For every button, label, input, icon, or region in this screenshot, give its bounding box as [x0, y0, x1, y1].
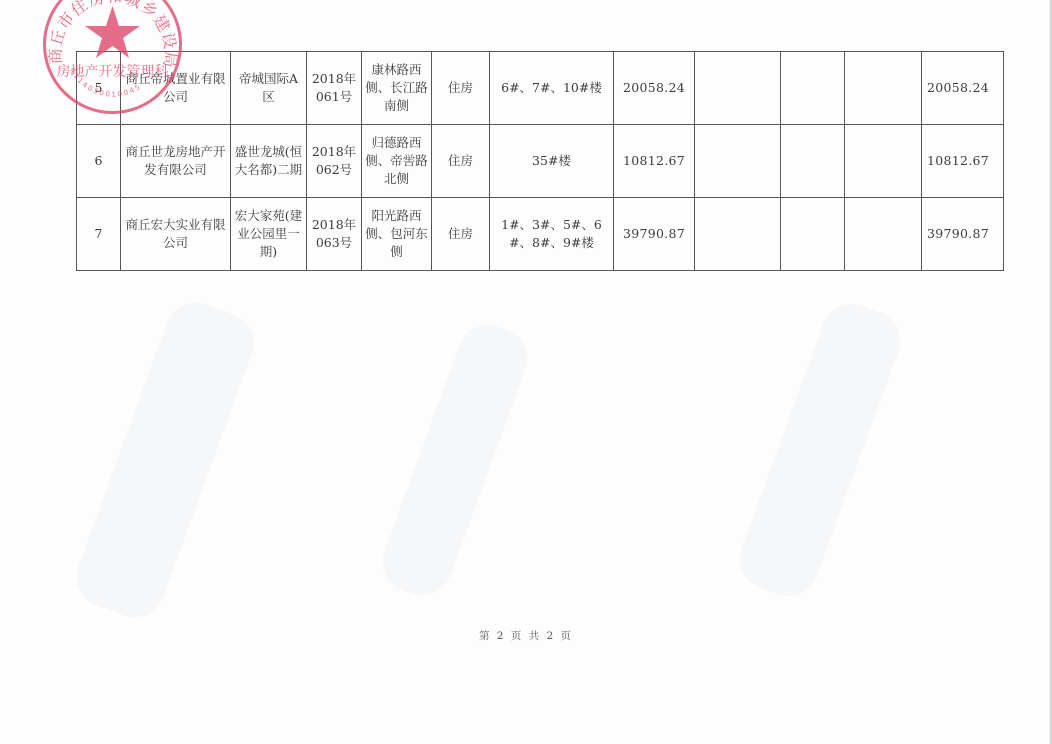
permit-number: 2018年063号	[307, 198, 362, 271]
empty-cell	[695, 198, 781, 271]
project-location: 阳光路西侧、包河东侧	[362, 198, 432, 271]
project-name: 宏大家苑(建业公园里一期)	[231, 198, 307, 271]
empty-cell	[781, 125, 845, 198]
approval-table: 5商丘帝城置业有限公司帝城国际A区2018年061号康林路西侧、长江路南侧住房6…	[76, 51, 1004, 271]
area-value: 39790.87	[614, 198, 695, 271]
usage-type: 住房	[432, 125, 490, 198]
area-value: 20058.24	[614, 52, 695, 125]
empty-cell	[695, 125, 781, 198]
permit-number: 2018年061号	[307, 52, 362, 125]
scan-watermark	[68, 294, 262, 625]
developer-company: 商丘帝城置业有限公司	[121, 52, 231, 125]
project-location: 归德路西侧、帝喾路北侧	[362, 125, 432, 198]
building-numbers: 35#楼	[490, 125, 614, 198]
row-index: 6	[77, 125, 121, 198]
project-name: 盛世龙城(恒大名都)二期	[231, 125, 307, 198]
empty-cell	[845, 52, 922, 125]
empty-cell	[845, 125, 922, 198]
empty-cell	[781, 198, 845, 271]
permit-number: 2018年062号	[307, 125, 362, 198]
project-name: 帝城国际A区	[231, 52, 307, 125]
total-area: 39790.87	[922, 198, 1004, 271]
area-value: 10812.67	[614, 125, 695, 198]
table-row: 6商丘世龙房地产开发有限公司盛世龙城(恒大名都)二期2018年062号归德路西侧…	[77, 125, 1004, 198]
scan-watermark	[731, 295, 909, 604]
table-row: 7商丘宏大实业有限公司宏大家苑(建业公园里一期)2018年063号阳光路西侧、包…	[77, 198, 1004, 271]
usage-type: 住房	[432, 198, 490, 271]
row-index: 7	[77, 198, 121, 271]
total-area: 20058.24	[922, 52, 1004, 125]
page-number-footer: 第 2 页 共 2 页	[0, 628, 1052, 643]
row-index: 5	[77, 52, 121, 125]
table-row: 5商丘帝城置业有限公司帝城国际A区2018年061号康林路西侧、长江路南侧住房6…	[77, 52, 1004, 125]
project-location: 康林路西侧、长江路南侧	[362, 52, 432, 125]
developer-company: 商丘世龙房地产开发有限公司	[121, 125, 231, 198]
scan-watermark	[374, 316, 536, 603]
empty-cell	[695, 52, 781, 125]
total-area: 10812.67	[922, 125, 1004, 198]
developer-company: 商丘宏大实业有限公司	[121, 198, 231, 271]
building-numbers: 6#、7#、10#楼	[490, 52, 614, 125]
building-numbers: 1#、3#、5#、6#、8#、9#楼	[490, 198, 614, 271]
empty-cell	[845, 198, 922, 271]
usage-type: 住房	[432, 52, 490, 125]
empty-cell	[781, 52, 845, 125]
